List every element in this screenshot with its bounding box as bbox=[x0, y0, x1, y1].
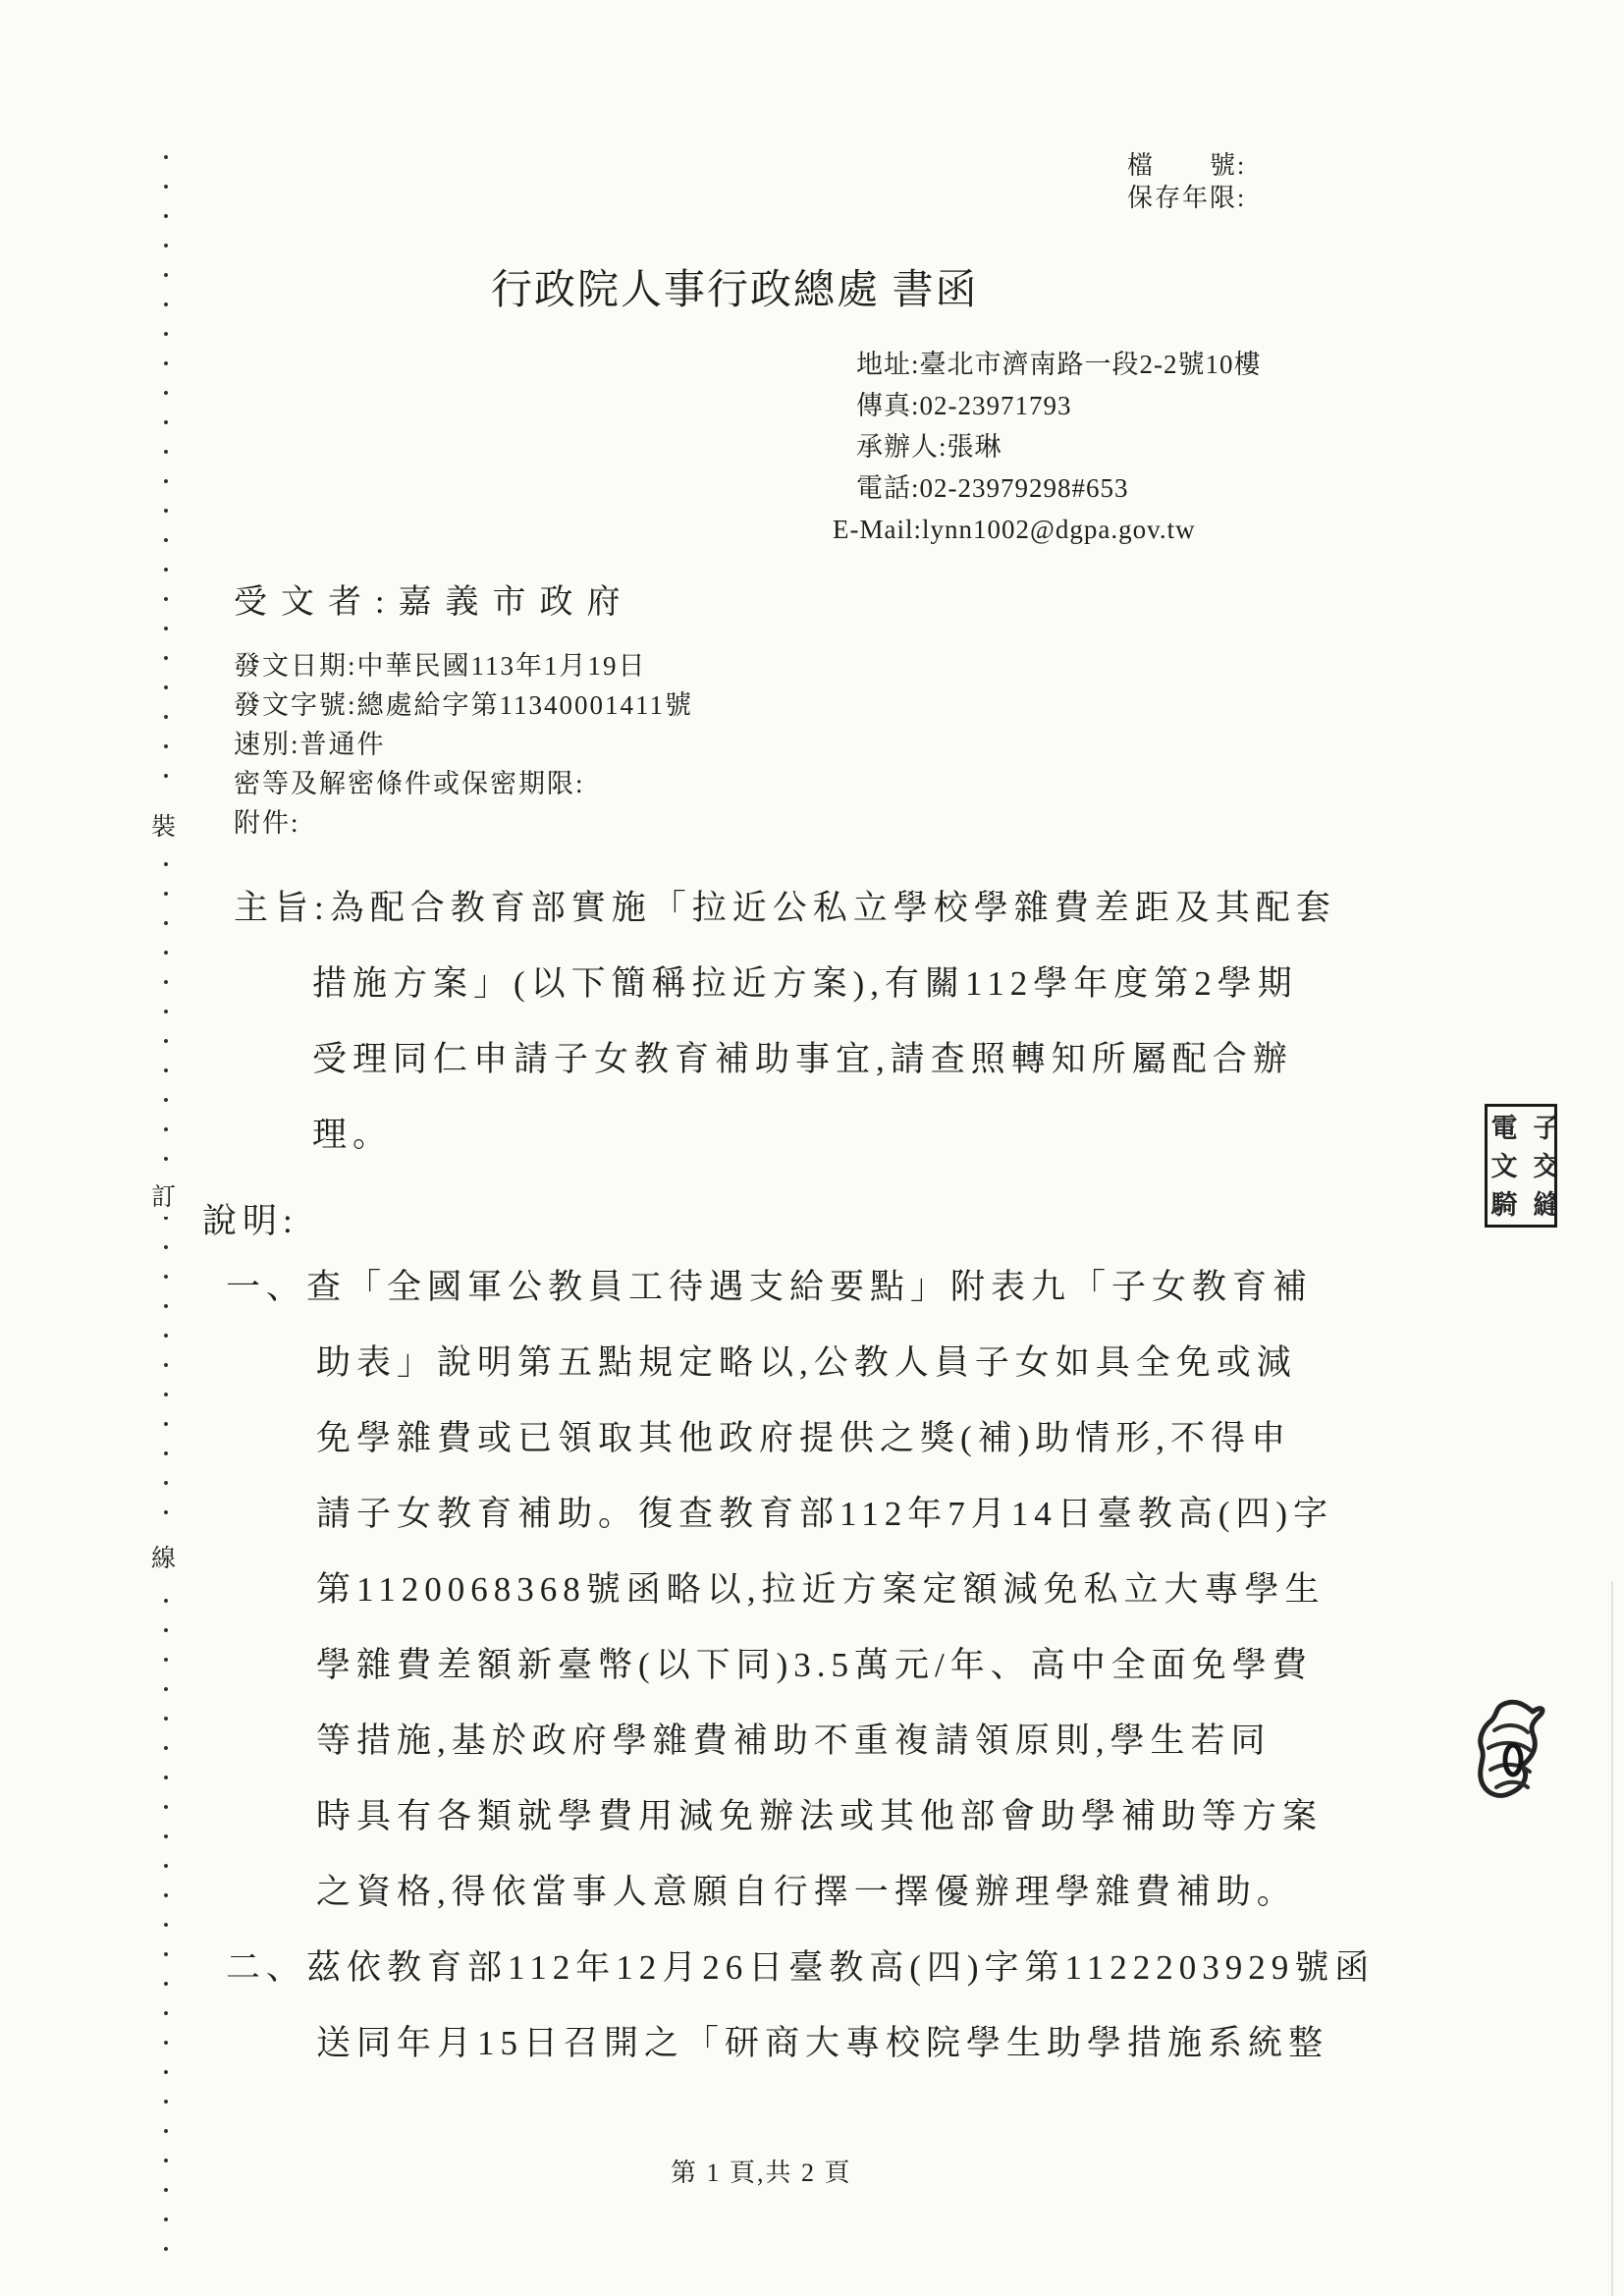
margin-char-xian: 線 bbox=[149, 1535, 178, 1578]
explanation-item2-line: 二、茲依教育部112年12月26日臺教高(四)字第1122203929號函 bbox=[226, 1941, 1375, 1990]
sender-address: 地址:臺北市濟南路一段2-2號10樓 bbox=[856, 344, 1262, 385]
stamp-char: 子 bbox=[1530, 1107, 1557, 1145]
sender-phone: 電話:02-23979298#653 bbox=[856, 467, 1262, 509]
explanation-item1-line: 請子女教育補助。復查教育部112年7月14日臺教高(四)字 bbox=[316, 1487, 1333, 1536]
subject-line: 措施方案」(以下簡稱拉近方案),有關112學年度第2學期 bbox=[312, 957, 1298, 1006]
speed-class: 速別:普通件 bbox=[234, 725, 693, 764]
sender-info-block: 地址:臺北市濟南路一段2-2號10樓 傳真:02-23971793 承辦人:張琳… bbox=[856, 344, 1262, 550]
attachment-label: 附件: bbox=[234, 803, 693, 843]
stamp-char: 電 bbox=[1488, 1107, 1521, 1145]
security-class: 密等及解密條件或保密期限: bbox=[234, 764, 693, 803]
recipient-line: 受文者:嘉義市政府 bbox=[234, 574, 633, 623]
dispatch-date: 發文日期:中華民國113年1月19日 bbox=[234, 646, 693, 685]
file-number-label: 檔 號: bbox=[1127, 149, 1246, 182]
file-header: 檔 號: 保存年限: bbox=[1127, 149, 1246, 214]
sender-fax: 傳真:02-23971793 bbox=[856, 385, 1262, 426]
subject-line: 理。 bbox=[312, 1108, 393, 1157]
explanation-item1-line: 之資格,得依當事人意願自行擇一擇優辦理學雜費補助。 bbox=[316, 1865, 1297, 1914]
explanation-item1-line: 助表」說明第五點規定略以,公教人員子女如具全免或減 bbox=[316, 1336, 1297, 1385]
dispatch-number: 發文字號:總處給字第11340001411號 bbox=[234, 685, 693, 725]
stamp-char: 交 bbox=[1530, 1145, 1557, 1183]
subject-line: 主旨:為配合教育部實施「拉近公私立學校學雜費差距及其配套 bbox=[234, 881, 1336, 930]
retention-period-label: 保存年限: bbox=[1127, 182, 1246, 214]
explanation-item1-line: 時具有各類就學費用減免辦法或其他部會助學補助等方案 bbox=[316, 1789, 1323, 1838]
stamp-char: 文 bbox=[1488, 1145, 1521, 1183]
scan-edge-artifact bbox=[1611, 1581, 1613, 2296]
margin-char-ding: 訂 bbox=[149, 1174, 178, 1217]
explanation-item2-line: 送同年月15日召開之「研商大專校院學生助學措施系統整 bbox=[316, 2016, 1328, 2065]
subject-line: 受理同仁申請子女教育補助事宜,請查照轉知所屬配合辦 bbox=[312, 1032, 1293, 1081]
scanned-official-letter-page: 裝 訂 線 檔 號: 保存年限: 行政院人事行政總處 書函 地址:臺北市濟南路一… bbox=[0, 0, 1624, 2296]
explanation-heading: 說明: bbox=[202, 1194, 298, 1243]
margin-char-zhuang: 裝 bbox=[149, 803, 178, 847]
page-number: 第 1 頁,共 2 頁 bbox=[671, 2153, 852, 2189]
sender-email: E-Mail:lynn1002@dgpa.gov.tw bbox=[833, 509, 1262, 550]
sender-contact: 承辦人:張琳 bbox=[856, 426, 1262, 467]
explanation-item1-line: 第1120068368號函略以,拉近方案定額減免私立大專學生 bbox=[316, 1562, 1325, 1612]
explanation-item1-line: 學雜費差額新臺幣(以下同)3.5萬元/年、高中全面免學費 bbox=[316, 1638, 1313, 1687]
document-title: 行政院人事行政總處 書函 bbox=[491, 257, 979, 316]
explanation-item1-line: 等措施,基於政府學雜費補助不重複請領原則,學生若同 bbox=[316, 1714, 1272, 1763]
stamp-char: 騎 bbox=[1488, 1183, 1521, 1222]
explanation-item1-line: 一、查「全國軍公教員工待遇支給要點」附表九「子女教育補 bbox=[226, 1260, 1313, 1309]
irregular-seal-mark bbox=[1473, 1697, 1551, 1803]
electronic-exchange-stamp: 電 子 文 交 騎 縫 bbox=[1485, 1104, 1557, 1228]
dispatch-meta-block: 發文日期:中華民國113年1月19日 發文字號:總處給字第11340001411… bbox=[234, 646, 693, 843]
explanation-item1-line: 免學雜費或已領取其他政府提供之獎(補)助情形,不得申 bbox=[316, 1411, 1291, 1460]
stamp-char: 縫 bbox=[1530, 1183, 1557, 1222]
